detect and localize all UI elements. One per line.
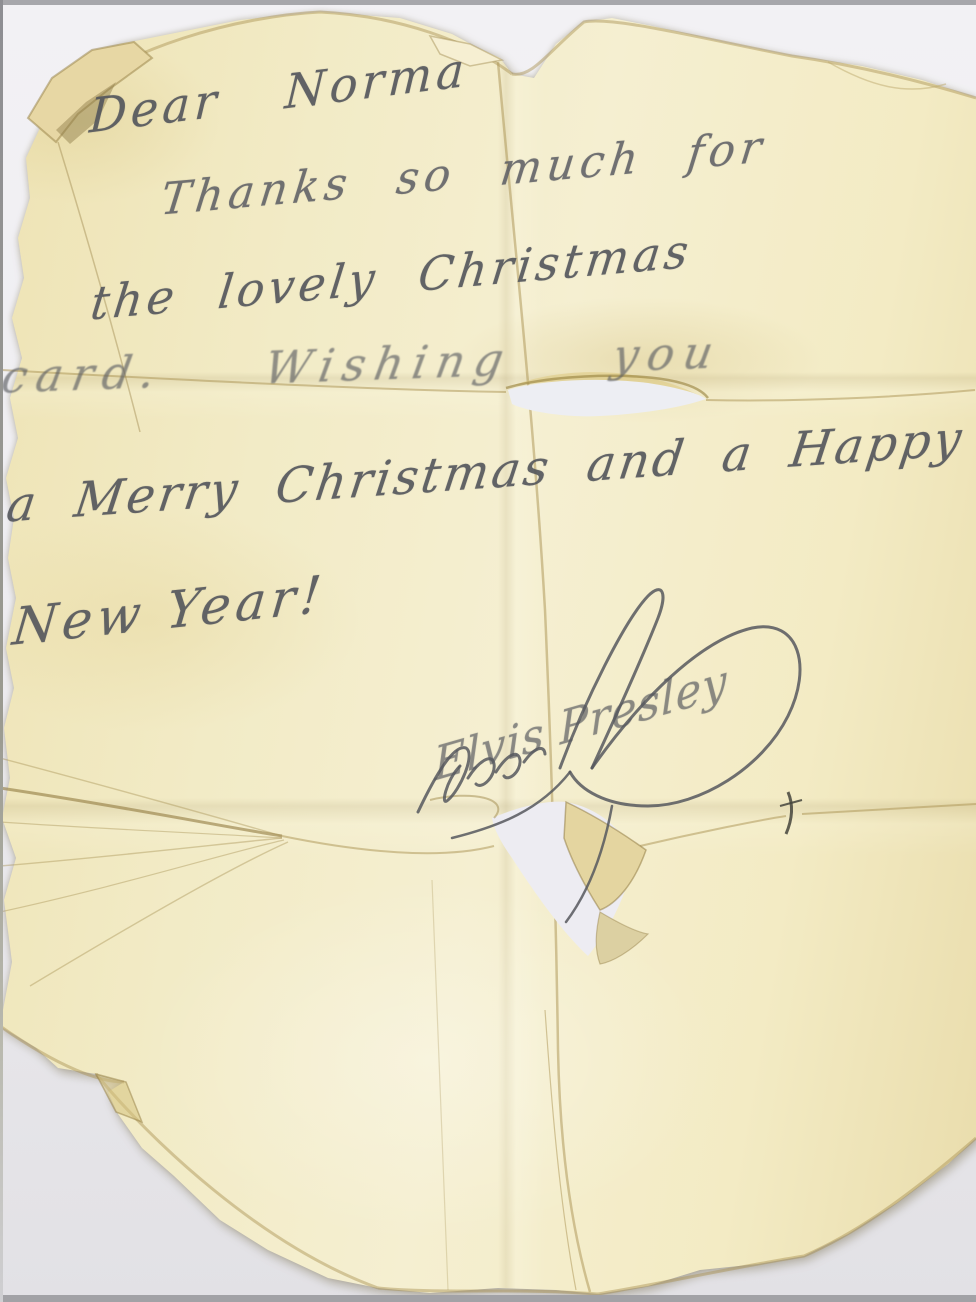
photo-border-top bbox=[0, 0, 976, 5]
photo-border-left bbox=[0, 0, 3, 1302]
photo-border-bottom bbox=[0, 1295, 976, 1302]
letter-photograph: Dear Norma Thanks so much for the lovely… bbox=[0, 0, 976, 1302]
